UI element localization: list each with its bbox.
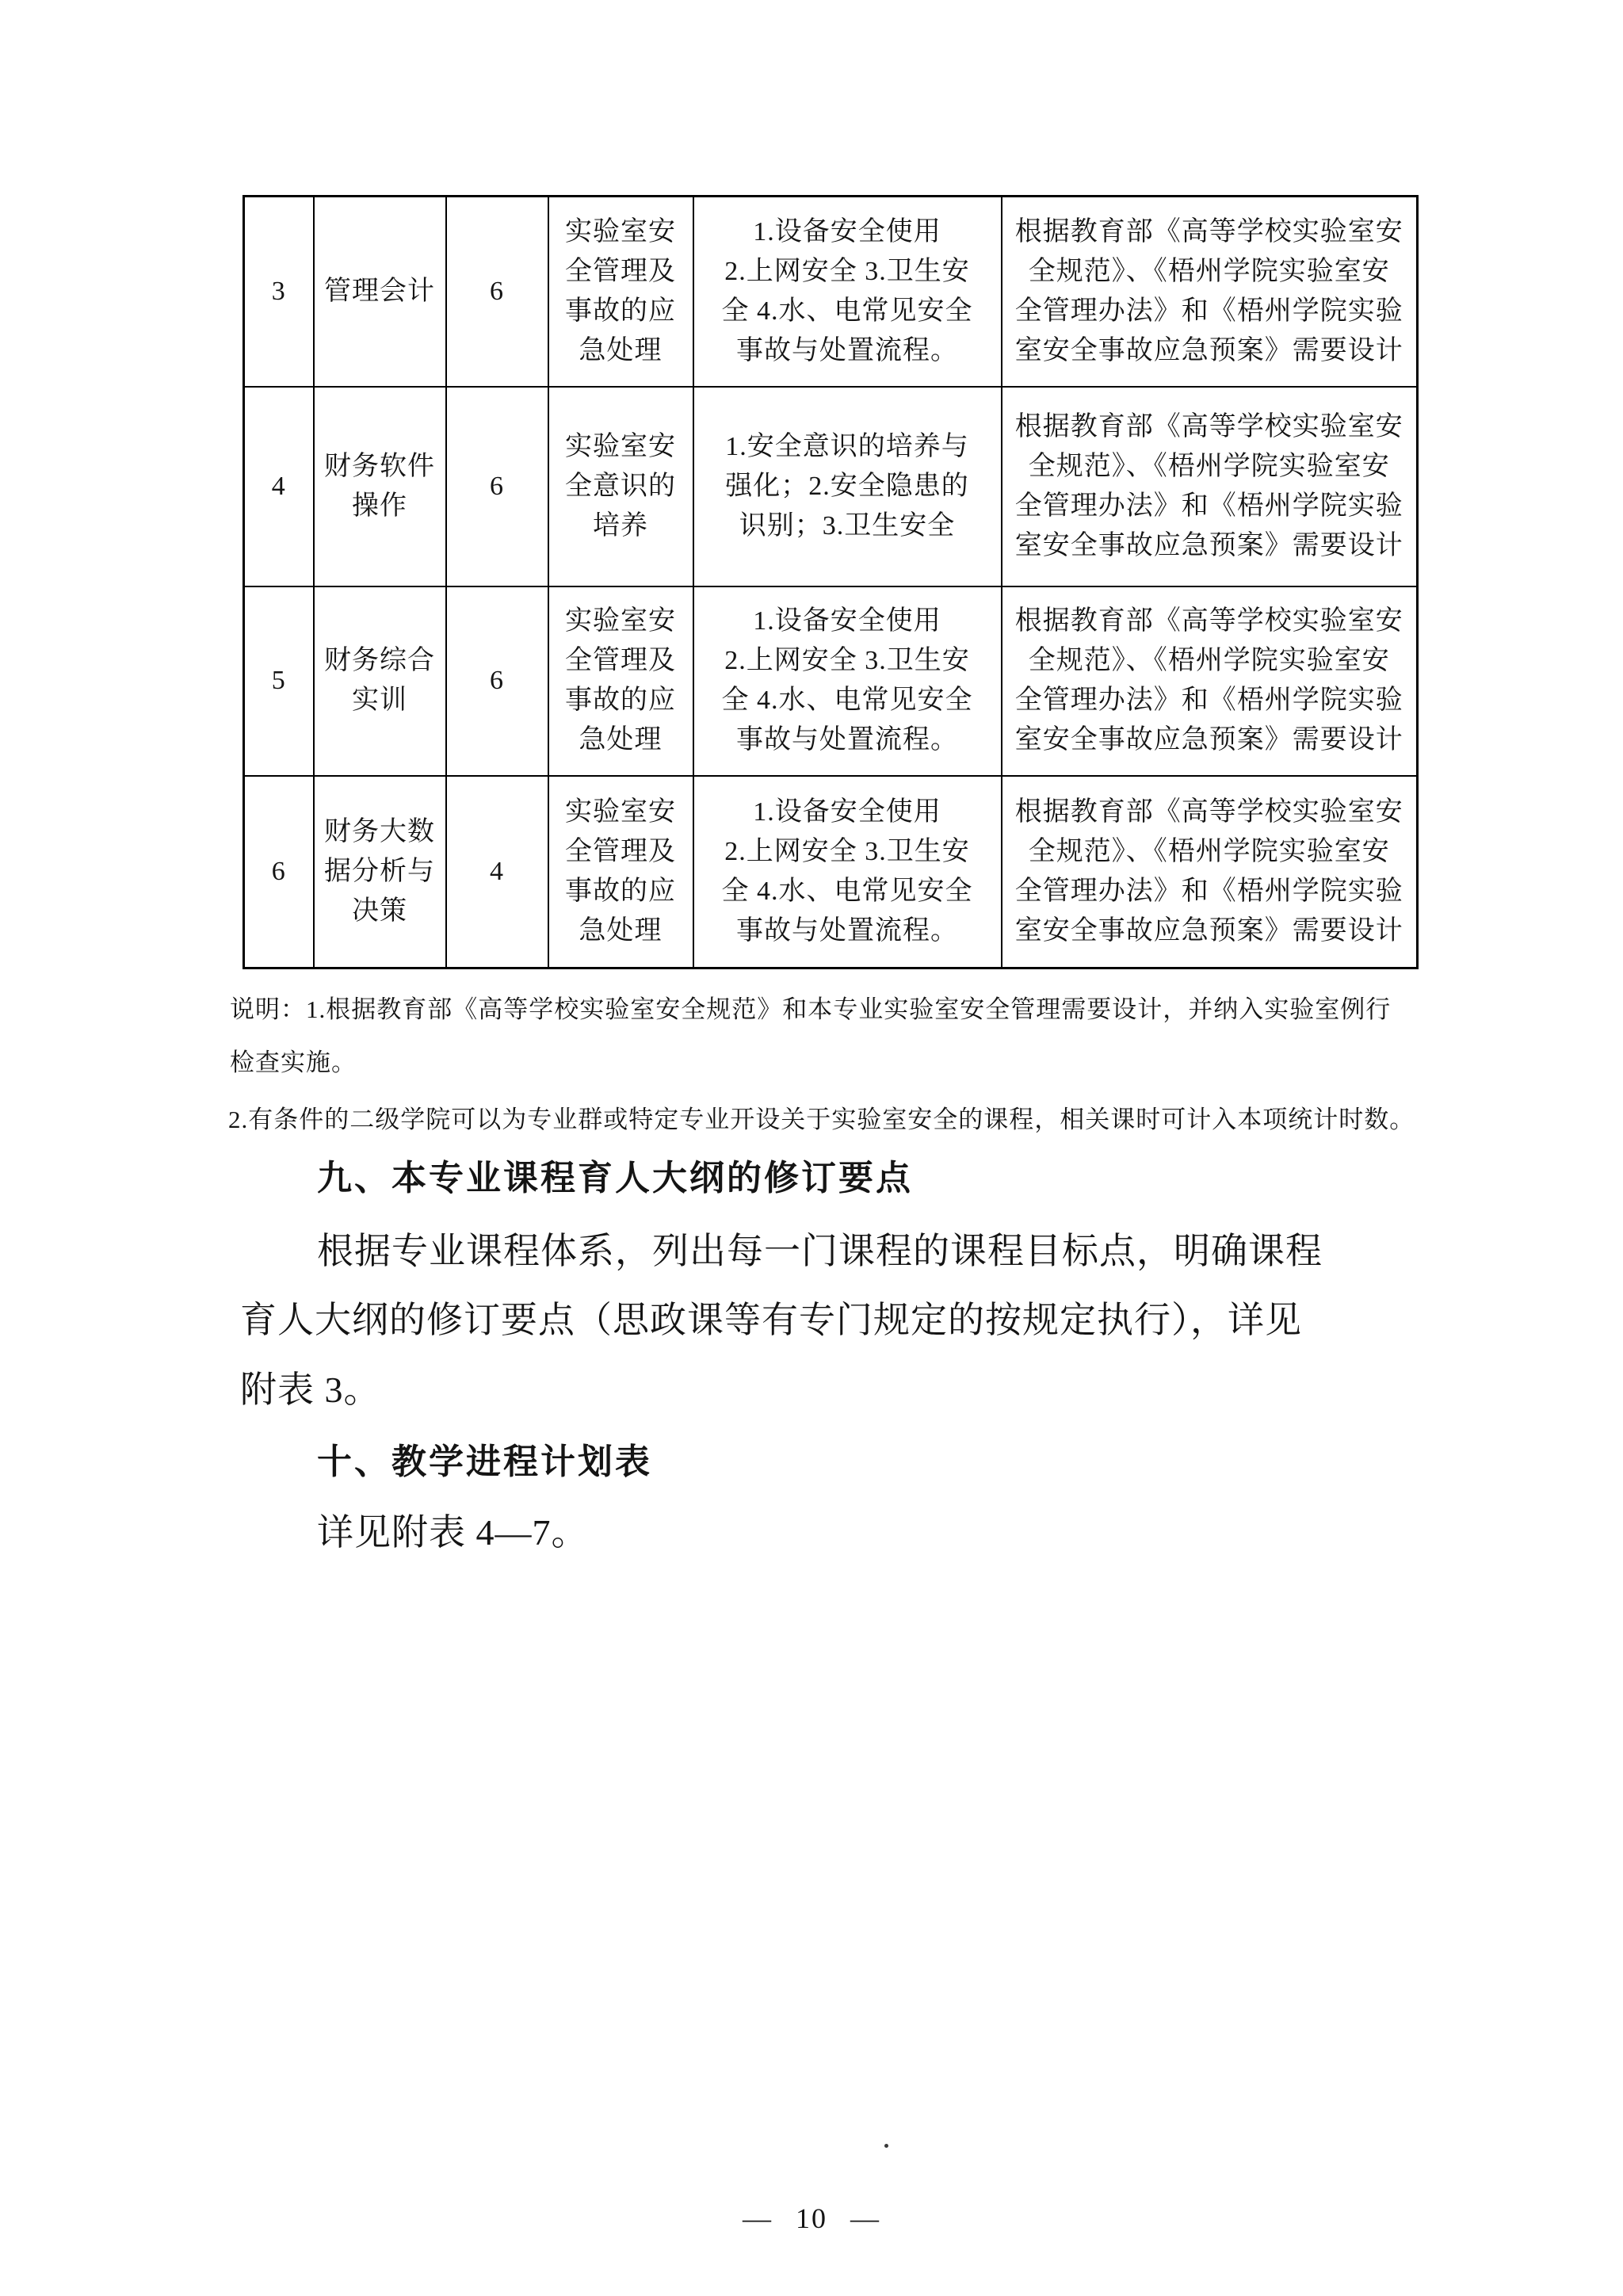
cell-hours: 6 [446, 586, 548, 776]
cell-safety-content: 1.设备安全使用 2.上网安全 3.卫生安 全 4.水、电常见安全 事故与处置流… [693, 776, 1002, 968]
cell-row-number: 5 [244, 586, 314, 776]
page-number: — 10 — [0, 2202, 1623, 2235]
cell-course-name: 财务软件 操作 [314, 387, 446, 586]
table-note-line-1: 说明：1.根据教育部《高等学校实验室安全规范》和本专业实验室安全管理需要设计，并… [230, 994, 1391, 1026]
table-row: 4 财务软件 操作 6 实验室安 全意识的 培养 1.安全意识的培养与 强化；2… [244, 387, 1418, 586]
table-note-line-3: 2.有条件的二级学院可以为专业群或特定专业开设关于实验室安全的课程，相关课时可计… [228, 1104, 1415, 1136]
cell-safety-content: 1.设备安全使用 2.上网安全 3.卫生安 全 4.水、电常见安全 事故与处置流… [693, 197, 1002, 387]
cell-design-basis: 根据教育部《高等学校实验室安 全规范》、《梧州学院实验室安 全管理办法》和《梧州… [1002, 776, 1418, 968]
paragraph-line: 详见附表 4—7。 [317, 1511, 589, 1555]
cell-hours: 6 [446, 387, 548, 586]
section-heading-nine: 九、本专业课程育人大纲的修订要点 [317, 1157, 913, 1200]
paragraph-line: 附表 3。 [240, 1368, 381, 1412]
cell-course-name: 财务大数 据分析与 决策 [314, 776, 446, 968]
lab-safety-course-table: 3 管理会计 6 实验室安 全管理及 事故的应 急处理 1.设备安全使用 2.上… [242, 195, 1419, 969]
table-row: 6 财务大数 据分析与 决策 4 实验室安 全管理及 事故的应 急处理 1.设备… [244, 776, 1418, 968]
table-row: 5 财务综合 实训 6 实验室安 全管理及 事故的应 急处理 1.设备安全使用 … [244, 586, 1418, 776]
cell-safety-topic: 实验室安 全管理及 事故的应 急处理 [548, 586, 693, 776]
cell-safety-topic: 实验室安 全意识的 培养 [548, 387, 693, 586]
cell-row-number: 4 [244, 387, 314, 586]
cell-safety-content: 1.安全意识的培养与 强化；2.安全隐患的 识别；3.卫生安全 [693, 387, 1002, 586]
paragraph-line: 根据专业课程体系，列出每一门课程的课程目标点，明确课程 [317, 1229, 1323, 1274]
cell-course-name: 管理会计 [314, 197, 446, 387]
paragraph-line: 育人大纲的修订要点（思政课等有专门规定的按规定执行），详见 [240, 1298, 1302, 1343]
cell-row-number: 3 [244, 197, 314, 387]
cell-row-number: 6 [244, 776, 314, 968]
cell-safety-topic: 实验室安 全管理及 事故的应 急处理 [548, 197, 693, 387]
cell-design-basis: 根据教育部《高等学校实验室安 全规范》、《梧州学院实验室安 全管理办法》和《梧州… [1002, 586, 1418, 776]
document-page: 3 管理会计 6 实验室安 全管理及 事故的应 急处理 1.设备安全使用 2.上… [0, 0, 1623, 2296]
cell-design-basis: 根据教育部《高等学校实验室安 全规范》、《梧州学院实验室安 全管理办法》和《梧州… [1002, 387, 1418, 586]
cell-course-name: 财务综合 实训 [314, 586, 446, 776]
scan-speck [884, 2144, 888, 2148]
cell-hours: 6 [446, 197, 548, 387]
table-note-line-2: 检查实施。 [230, 1047, 357, 1079]
table-row: 3 管理会计 6 实验室安 全管理及 事故的应 急处理 1.设备安全使用 2.上… [244, 197, 1418, 387]
cell-hours: 4 [446, 776, 548, 968]
cell-safety-topic: 实验室安 全管理及 事故的应 急处理 [548, 776, 693, 968]
cell-design-basis: 根据教育部《高等学校实验室安 全规范》、《梧州学院实验室安 全管理办法》和《梧州… [1002, 197, 1418, 387]
cell-safety-content: 1.设备安全使用 2.上网安全 3.卫生安 全 4.水、电常见安全 事故与处置流… [693, 586, 1002, 776]
section-heading-ten: 十、教学进程计划表 [317, 1441, 652, 1484]
